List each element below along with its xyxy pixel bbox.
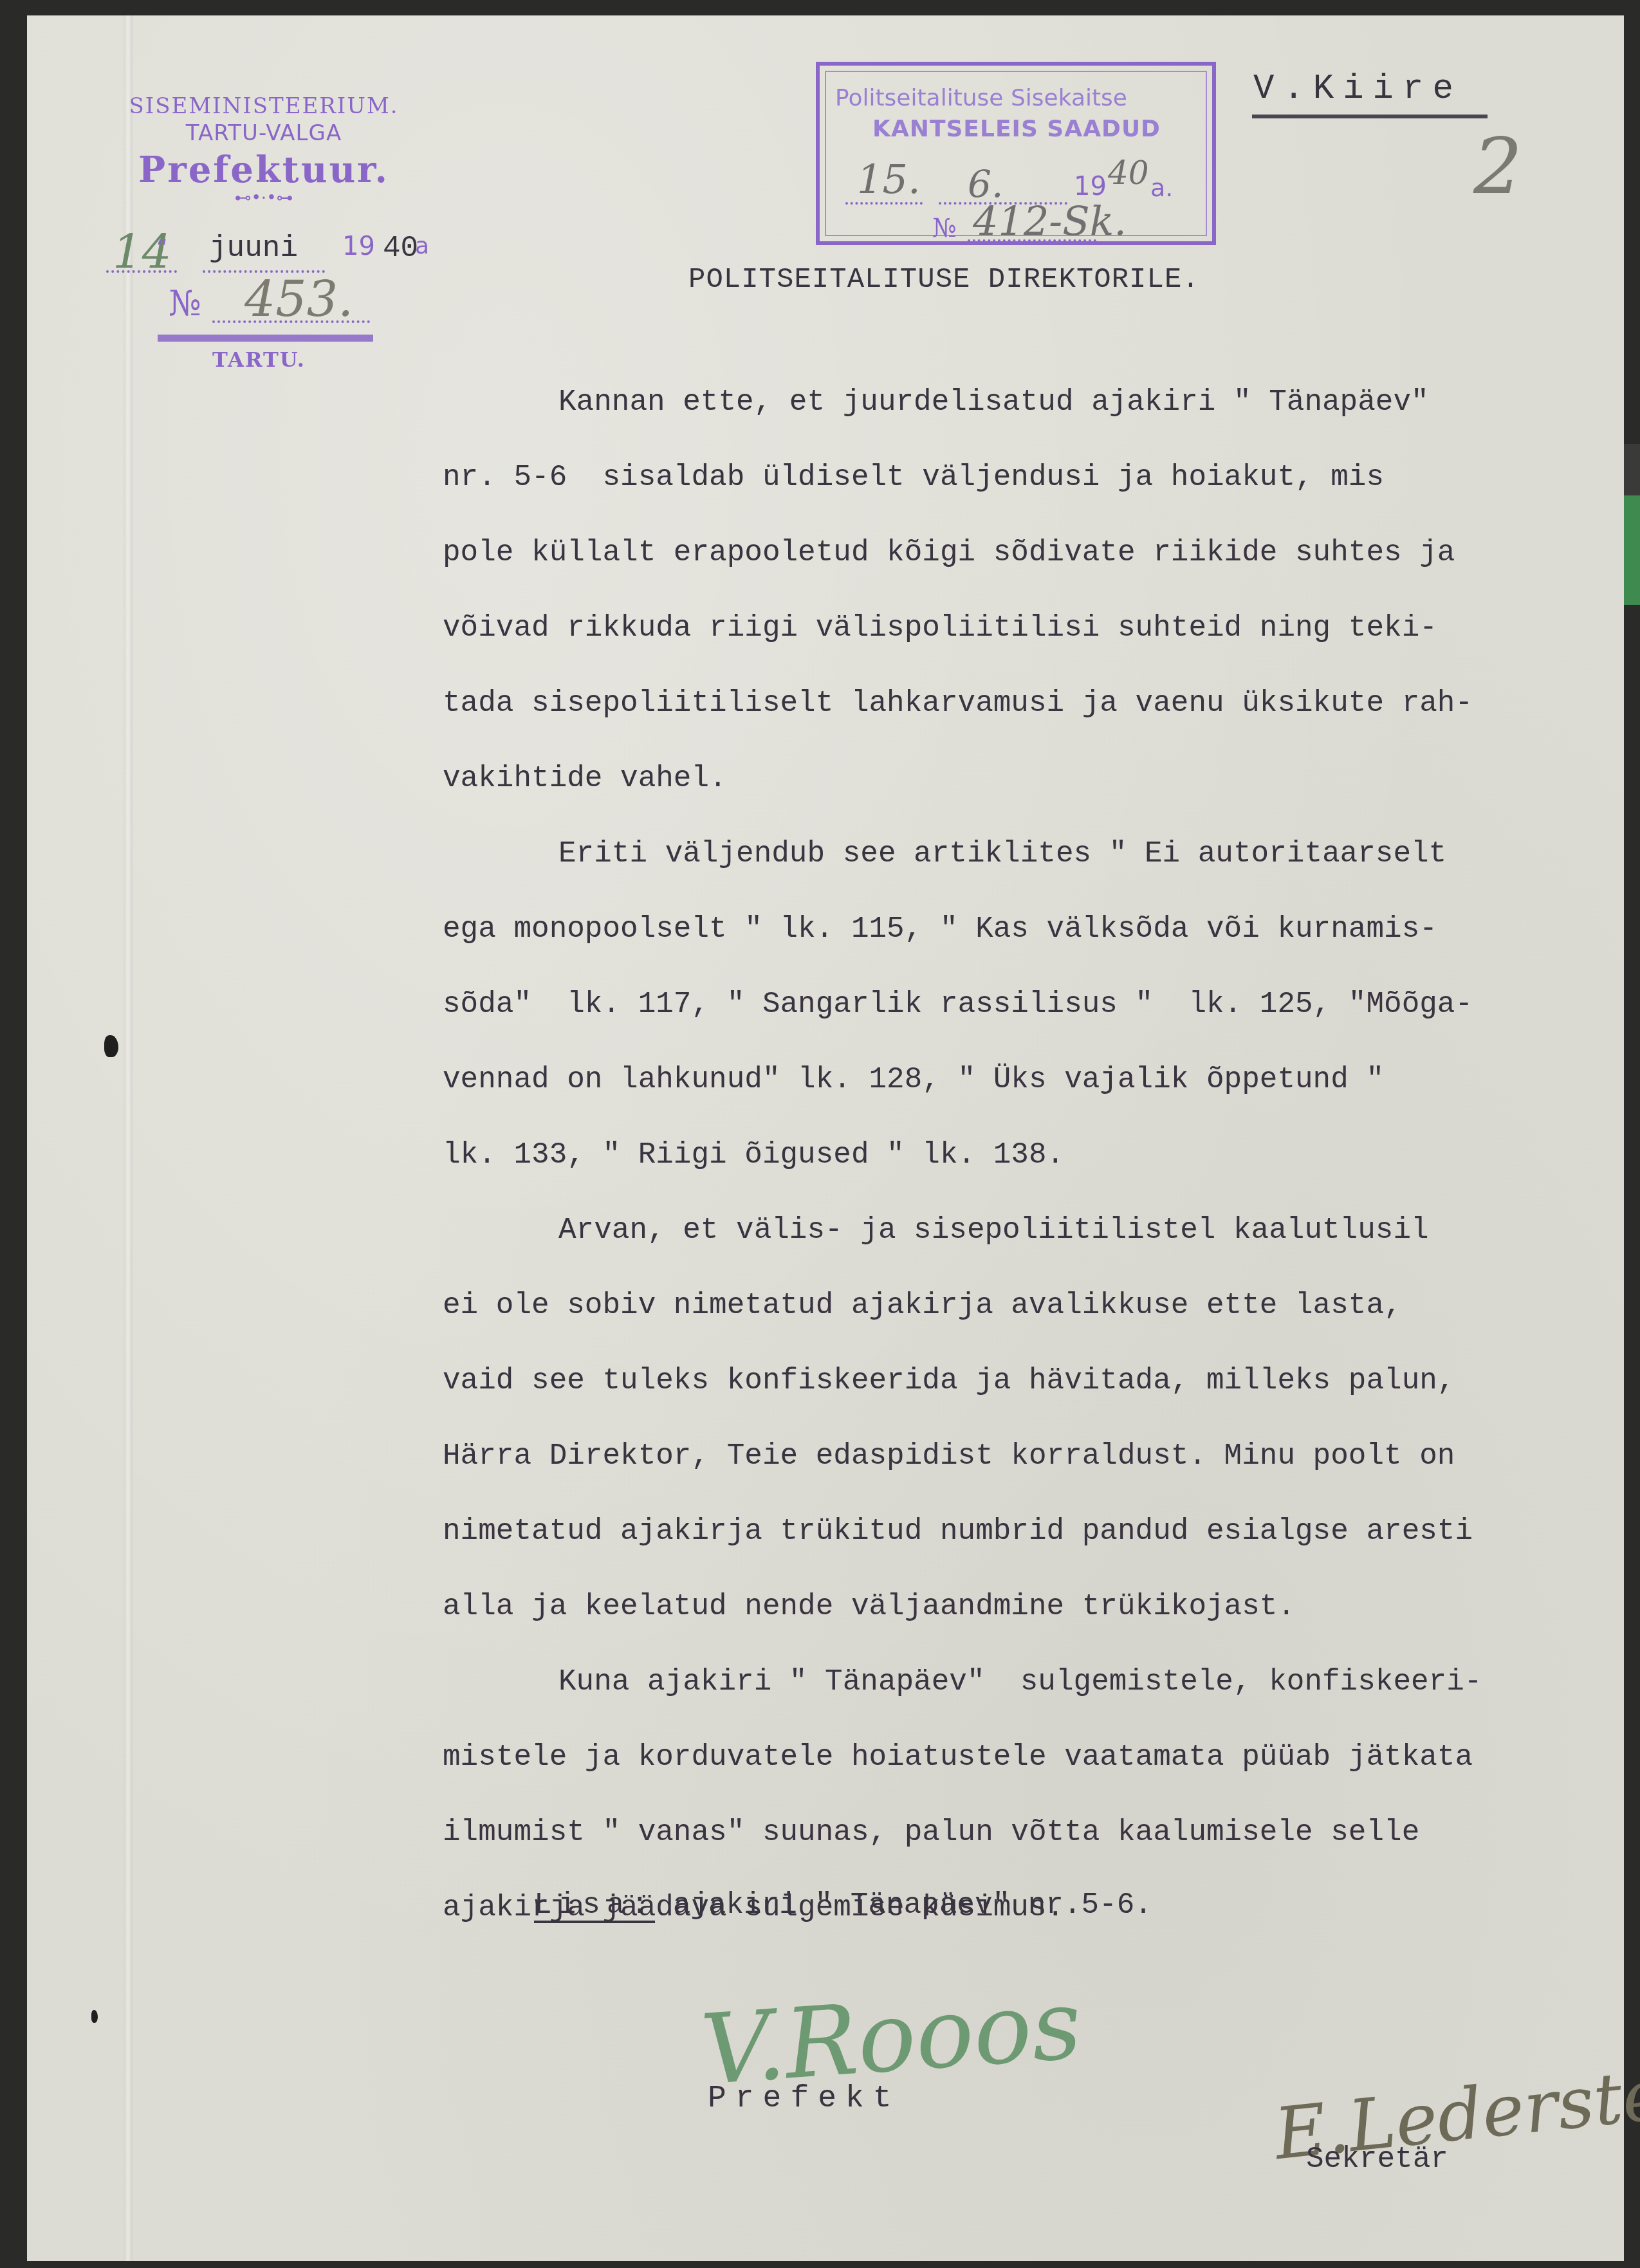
enclosure-note: Lisa: ajakiri " Tänapäev" nr.5-6. (534, 1888, 1152, 1922)
ministry-name: SISEMINISTEERIUM. (97, 93, 431, 119)
body-line: nr. 5-6 sisaldab üldiselt väljendusi ja … (443, 455, 1575, 530)
body-line: nimetatud ajakirja trükitud numbrid pand… (443, 1509, 1575, 1584)
addressee: POLITSEITALITUSE DIREKTORILE. (688, 264, 1200, 296)
ornament-icon: ⊷•·•⊶ (97, 189, 431, 208)
body-line: alla ja keelatud nende väljaandmine trük… (443, 1584, 1575, 1659)
body-line: võivad rikkuda riigi välispoliitilisi su… (443, 605, 1575, 681)
received-number-label: № (932, 214, 957, 243)
urgency-underline (1252, 115, 1488, 118)
letterhead-stamp: SISEMINISTEERIUM. TARTU-VALGA Prefektuur… (97, 93, 431, 208)
outgoing-number: 453. (244, 270, 353, 327)
received-number: 412-Sk. (973, 198, 1127, 244)
stamp-divider (158, 335, 373, 342)
prefect-title: Prefekt (708, 2081, 901, 2116)
body-line: sõda" lk. 117, " Sangarlik rassilisus " … (443, 982, 1575, 1057)
body-line: lk. 133, " Riigi õigused " lk. 138. (443, 1132, 1575, 1208)
secretary-title: Sekretär (1306, 2143, 1448, 2176)
punch-hole (91, 2010, 98, 2023)
scan-background-band (1623, 444, 1640, 495)
received-year-suffix: 40 (1108, 154, 1149, 192)
body-line: Kuna ajakiri " Tänapäev" sulgemistele, k… (443, 1659, 1575, 1735)
body-line: vakihtide vahel. (443, 756, 1575, 831)
urgency-mark: V.Kiire (1253, 69, 1462, 109)
enclosure-text: ajakiri " Tänapäev" nr.5-6. (655, 1888, 1152, 1922)
body-line: mistele ja korduvatele hoiatustele vaata… (443, 1735, 1575, 1810)
paper-fold (124, 15, 133, 2261)
body-line: Härra Direktor, Teie edaspidist korraldu… (443, 1434, 1575, 1509)
year-prefix: 19 (342, 232, 375, 261)
region-name: TARTU-VALGA (97, 120, 431, 146)
date-month: juuni (209, 232, 298, 265)
page-number: 2 (1473, 122, 1522, 212)
dotted-line (845, 202, 923, 205)
received-stamp-office: Politseitalituse Sisekaitse (835, 85, 1127, 111)
received-day: 15. (857, 156, 921, 203)
city-name: TARTU. (212, 347, 306, 372)
dotted-line (212, 320, 370, 323)
body-line: ei ole sobiv nimetatud ajakirja avalikku… (443, 1283, 1575, 1358)
scan-color-marker (1623, 495, 1640, 605)
number-label: № (169, 283, 201, 324)
punch-hole (104, 1035, 118, 1057)
body-line: ega monopoolselt " lk. 115, " Kas välksõ… (443, 907, 1575, 982)
enclosure-label: Lisa: (534, 1888, 655, 1922)
year-unit: a (415, 233, 429, 259)
received-year-unit: a. (1150, 174, 1173, 202)
office-name: Prefektuur. (97, 149, 431, 191)
letter-body: Kannan ette, et juurdelisatud ajakiri " … (443, 380, 1575, 1960)
body-line: vaid see tuleks konfiskeerida ja hävitad… (443, 1358, 1575, 1434)
body-line: Arvan, et välis- ja sisepoliitilistel ka… (443, 1208, 1575, 1283)
body-line: ilmumist " vanas" suunas, palun võtta ka… (443, 1810, 1575, 1885)
dotted-line (968, 239, 1096, 242)
body-line: vennad on lahkunud" lk. 128, " Üks vajal… (443, 1057, 1575, 1132)
body-line: tada sisepoliitiliselt lahkarvamusi ja v… (443, 681, 1575, 756)
received-stamp: Politseitalituse Sisekaitse KANTSELEIS S… (816, 62, 1216, 245)
body-line: pole küllalt erapooletud kõigi sõdivate … (443, 530, 1575, 605)
body-line: Eriti väljendub see artiklites " Ei auto… (443, 831, 1575, 907)
quote-mark: “ (156, 235, 168, 261)
year-suffix: 40 (383, 232, 418, 265)
body-line: Kannan ette, et juurdelisatud ajakiri " … (443, 380, 1575, 455)
received-stamp-label: KANTSELEIS SAADUD (872, 116, 1161, 142)
dotted-line (106, 270, 177, 273)
letter-date: 14 “ juuni 19 40 a (106, 225, 441, 277)
